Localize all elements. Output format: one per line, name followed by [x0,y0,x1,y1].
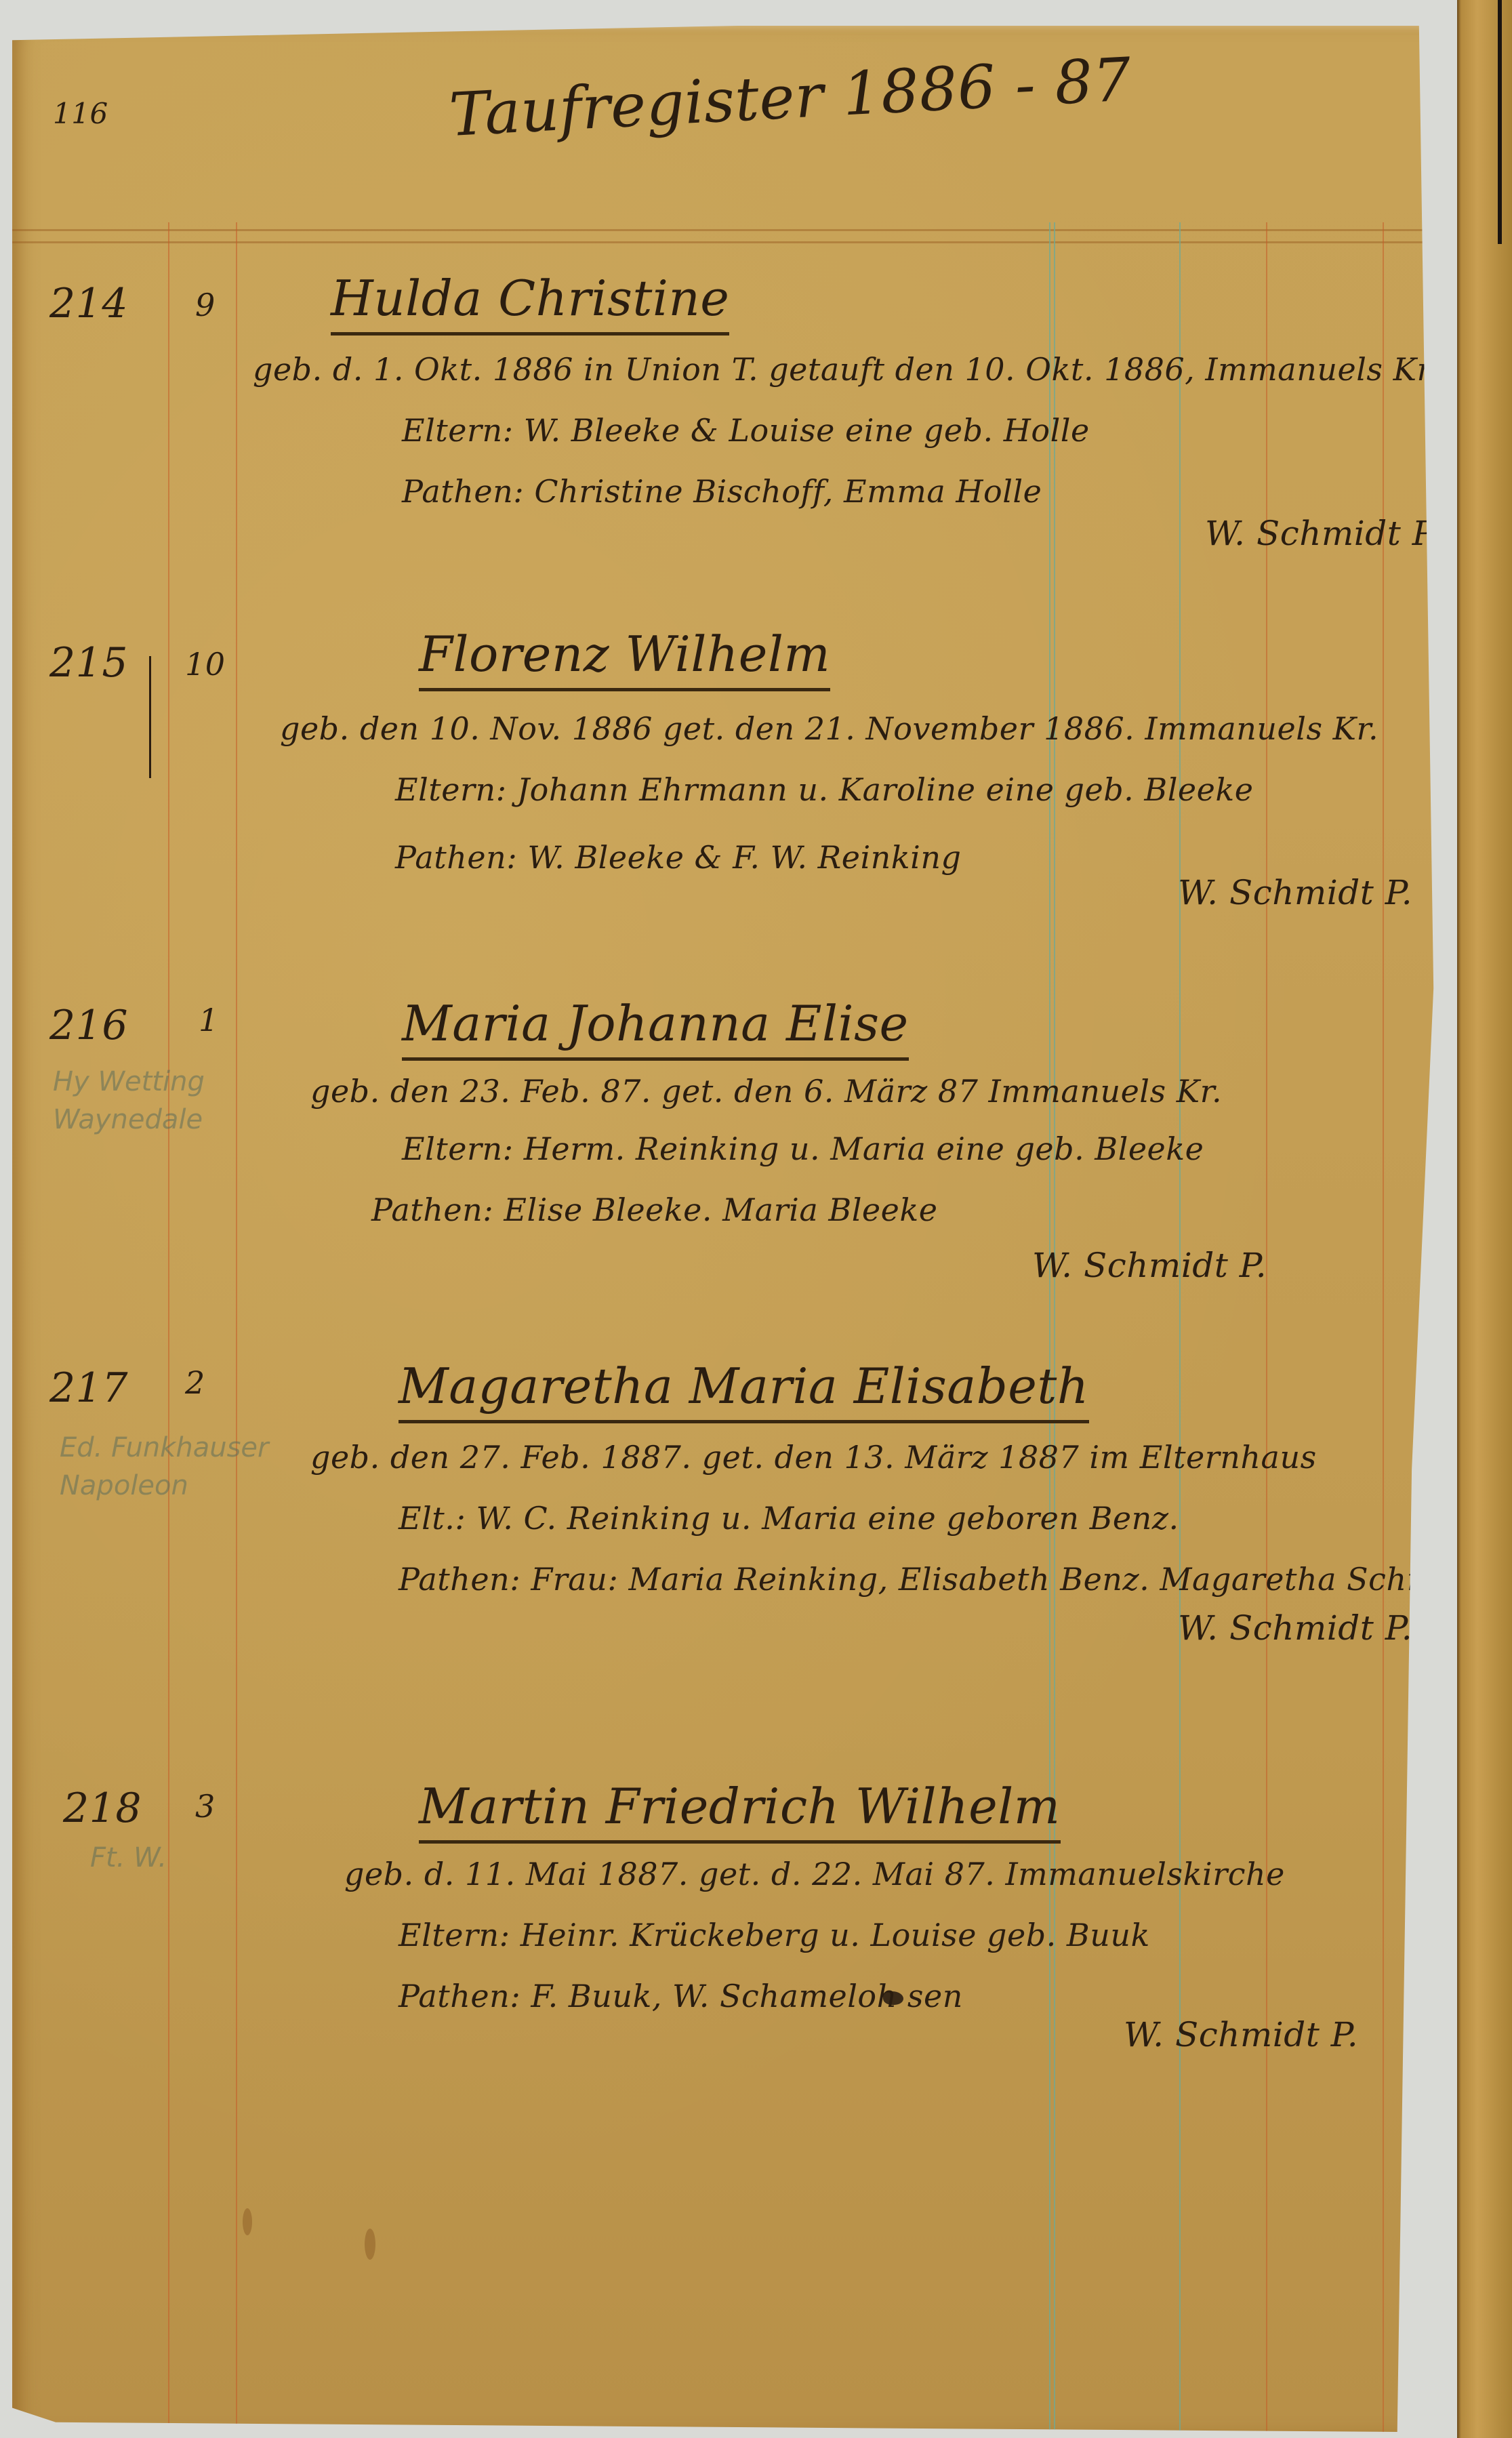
entry-number: 217 [49,1364,128,1412]
entry-sub-number: 3 [195,1788,216,1825]
column-rule-number [168,222,169,2432]
column-rule-green-2 [1179,222,1181,2432]
column-rule-green-1b [1054,222,1055,2432]
entry-number: 214 [49,280,128,327]
header-rule-bottom [12,241,1463,243]
entry-sub-number: 2 [185,1364,205,1401]
birth-baptism-line: geb. d. 11. Mai 1887. get. d. 22. Mai 87… [344,1856,1285,1892]
stain [365,2229,375,2260]
column-rule-red-4 [1383,222,1384,2432]
sponsors-line: Pathen: Frau: Maria Reinking, Elisabeth … [399,1561,1480,1598]
parents-line: Elt.: W. C. Reinking u. Maria eine gebor… [399,1500,1179,1537]
pencil-margin-note: Ed. Funkhauser Napoleon [60,1429,268,1505]
birth-baptism-line: geb. d. 1. Okt. 1886 in Union T. getauft… [253,351,1439,388]
binding-shadow [1498,0,1502,244]
birth-baptism-line: geb. den 27. Feb. 1887. get. den 13. Mär… [310,1439,1317,1476]
child-name: Martin Friedrich Wilhelm [419,1778,1061,1844]
sponsors-line: Pathen: F. Buuk, W. Schameloh sen [399,1978,963,2014]
parents-line: Eltern: W. Bleeke & Louise eine geb. Hol… [402,412,1090,449]
birth-baptism-line: geb. den 10. Nov. 1886 get. den 21. Nove… [280,710,1378,747]
entry-number: 218 [63,1785,142,1832]
pencil-margin-note: Ft. W. [90,1842,167,1873]
stain [243,2208,252,2235]
header-rule-top [12,229,1463,231]
adjacent-page-edge [1457,0,1512,2438]
child-name: Maria Johanna Elise [402,995,909,1061]
sponsors-line: Pathen: Christine Bischoff, Emma Holle [402,473,1042,510]
pastor-signature: W. Schmidt P. [1205,514,1439,553]
pastor-signature: W. Schmidt P. [1178,1608,1412,1648]
pastor-signature: W. Schmidt P. [1124,2015,1358,2054]
entry-sub-number: 9 [195,287,216,323]
page-title: Taufregister 1886 - 87 [447,44,1132,150]
bracket-arrow-icon [149,656,151,778]
sponsors-line: Pathen: W. Bleeke & F. W. Reinking [395,839,961,876]
column-rule-subnumber [236,222,237,2432]
child-name: Hulda Christine [331,270,729,336]
entry-number: 216 [49,1002,128,1049]
register-page: 116 Taufregister 1886 - 87 214 9 Hulda C… [12,26,1463,2432]
entry-number: 215 [49,639,128,687]
parents-line: Eltern: Herm. Reinking u. Maria eine geb… [402,1131,1204,1167]
birth-baptism-line: geb. den 23. Feb. 87. get. den 6. März 8… [310,1073,1222,1110]
parents-line: Eltern: Johann Ehrmann u. Karoline eine … [395,771,1253,808]
sponsors-line: Pathen: Elise Bleeke. Maria Bleeke [371,1192,937,1228]
pastor-signature: W. Schmidt P. [1178,873,1412,912]
entry-sub-number: 10 [185,646,226,683]
child-name: Magaretha Maria Elisabeth [399,1358,1089,1423]
column-rule-red-3 [1266,222,1267,2432]
parents-line: Eltern: Heinr. Krückeberg u. Louise geb.… [399,1917,1150,1953]
child-name: Florenz Wilhelm [419,626,830,691]
entry-sub-number: 1 [199,1002,219,1038]
column-rule-green-1 [1049,222,1050,2432]
page-number: 116 [53,97,108,130]
pastor-signature: W. Schmidt P. [1032,1246,1267,1285]
pencil-margin-note: Hy Wetting Waynedale [53,1063,205,1139]
